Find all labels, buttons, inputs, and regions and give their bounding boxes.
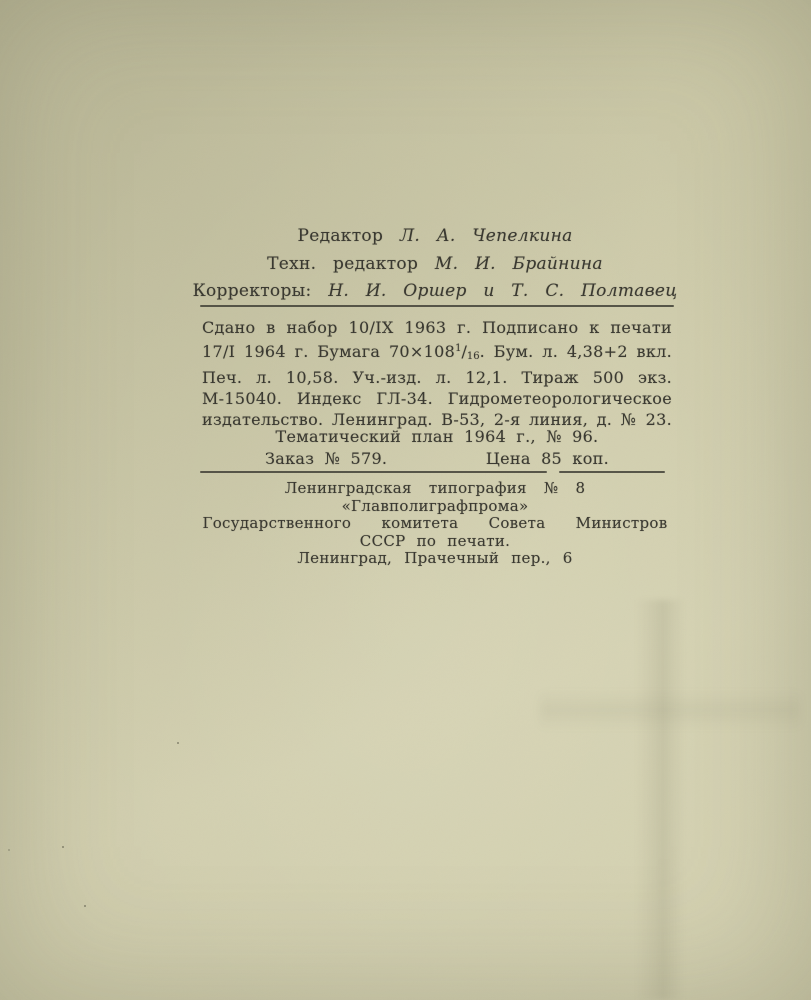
- price: Цена 85 коп.: [486, 449, 609, 468]
- separator-rule-top: [200, 305, 674, 307]
- imprint-line-3: Печ. л. 10,58. Уч.-изд. л. 12,1. Тираж 5…: [202, 367, 672, 388]
- printer-committee-line: Государственного комитета Совета Министр…: [203, 515, 668, 533]
- imprint-line-1: Сдано в набор 10/IX 1963 г. Подписано к …: [202, 317, 672, 338]
- proofreaders-role: Корректоры:: [193, 281, 312, 301]
- proofreaders-names: Н. И. Оршер и Т. С. Полтавец: [328, 281, 677, 301]
- printer-address-line: Ленинград, Прачечный пер., 6: [170, 550, 700, 568]
- printer-ussr-line: СССР по печати.: [170, 533, 700, 551]
- editors-block: Редактор Л. А. Чепелкина Техн. редактор …: [170, 223, 700, 306]
- tech-editor-role: Техн. редактор: [267, 254, 418, 274]
- printer-org-line: «Главполиграфпрома»: [170, 498, 700, 516]
- dust-speck: [8, 849, 10, 851]
- dust-speck: [177, 742, 179, 744]
- scanned-colophon-page: Редактор Л. А. Чепелкина Техн. редактор …: [0, 0, 811, 1000]
- order-number: Заказ № 579.: [265, 449, 387, 468]
- imprint-line-4: М-15040. Индекс ГЛ-34. Гидрометеорологич…: [202, 388, 672, 409]
- tech-editor-line: Техн. редактор М. И. Брайнина: [170, 251, 700, 279]
- editor-line: Редактор Л. А. Чепелкина: [170, 223, 700, 251]
- paper-size-text: 17/I 1964 г. Бумага 70×108: [202, 342, 455, 361]
- imprint-line-2: 17/I 1964 г. Бумага 70×1081/16. Бум. л. …: [202, 338, 672, 367]
- paper-crease-horizontal: [540, 690, 800, 730]
- printer-name-line: Ленинградская типография № 8: [170, 480, 700, 498]
- separator-rule-bottom-left-segment: [200, 471, 547, 473]
- separator-rule-bottom-right-segment: [559, 471, 665, 473]
- dust-speck: [84, 905, 86, 907]
- proofreaders-line: Корректоры: Н. И. Оршер и Т. С. Полтавец: [170, 278, 700, 306]
- paper-size-fraction-denominator: 16: [467, 351, 480, 362]
- order-price-row: Заказ № 579. Цена 85 коп.: [202, 449, 672, 468]
- dust-speck: [62, 846, 64, 848]
- editor-role: Редактор: [297, 226, 383, 246]
- editor-name: Л. А. Чепелкина: [400, 226, 573, 246]
- tech-editor-name: М. И. Брайнина: [435, 254, 603, 274]
- thematic-plan-line: Тематический план 1964 г., № 96.: [202, 427, 672, 446]
- paper-sheets-text: . Бум. л. 4,38+2 вкл.: [480, 342, 672, 361]
- printer-block: Ленинградская типография № 8 «Главполигр…: [170, 480, 700, 568]
- paper-crease-vertical: [636, 600, 684, 1000]
- imprint-block: Сдано в набор 10/IX 1963 г. Подписано к …: [202, 317, 672, 430]
